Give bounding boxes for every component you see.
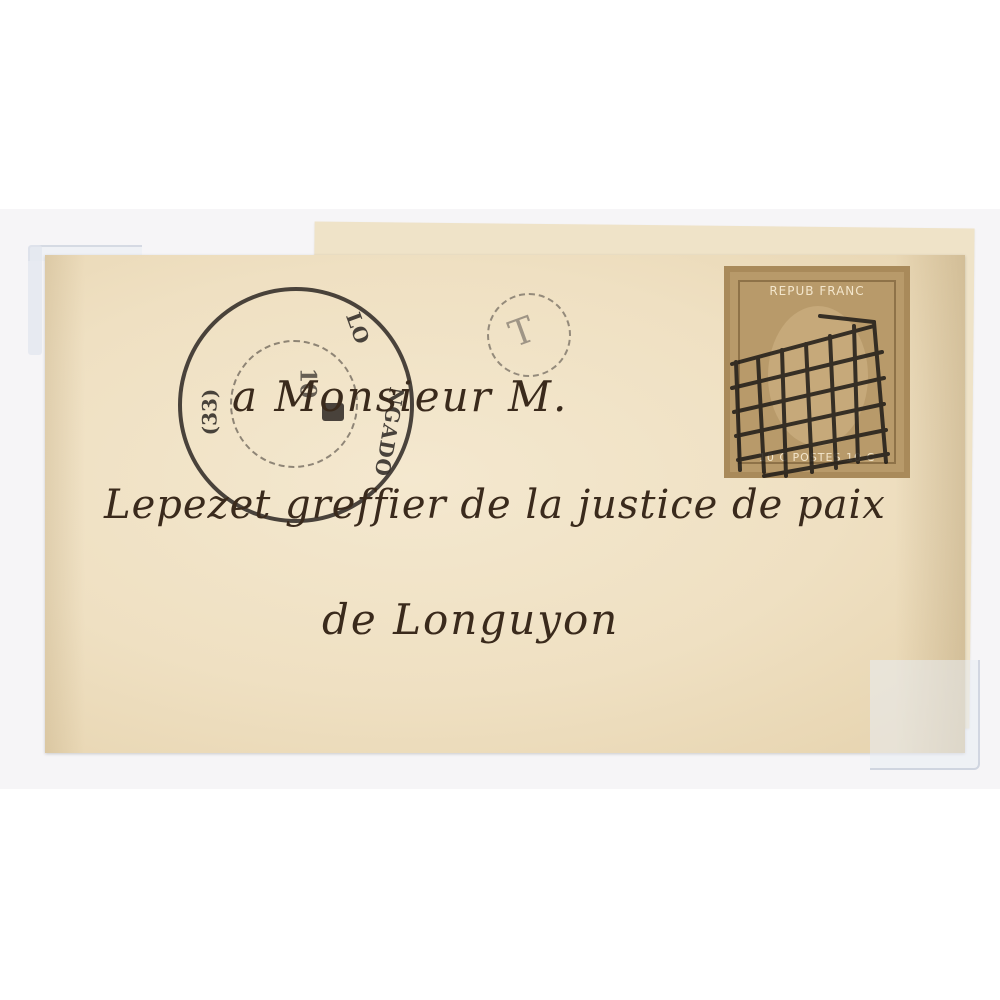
address-line-salutation: a Monsieur M. [232,372,568,421]
mount-sleeve-corner-bottom-right [870,660,980,770]
mount-sleeve-edge-left [28,245,42,355]
datestamp-left-text: (33) [197,389,221,436]
paper-stain-left [45,255,85,753]
address-line-name-title: Lepezet greffier de la justice de paix [104,482,886,528]
address-line-town: de Longuyon [322,595,619,644]
grid-cancellation-icon [724,266,910,478]
